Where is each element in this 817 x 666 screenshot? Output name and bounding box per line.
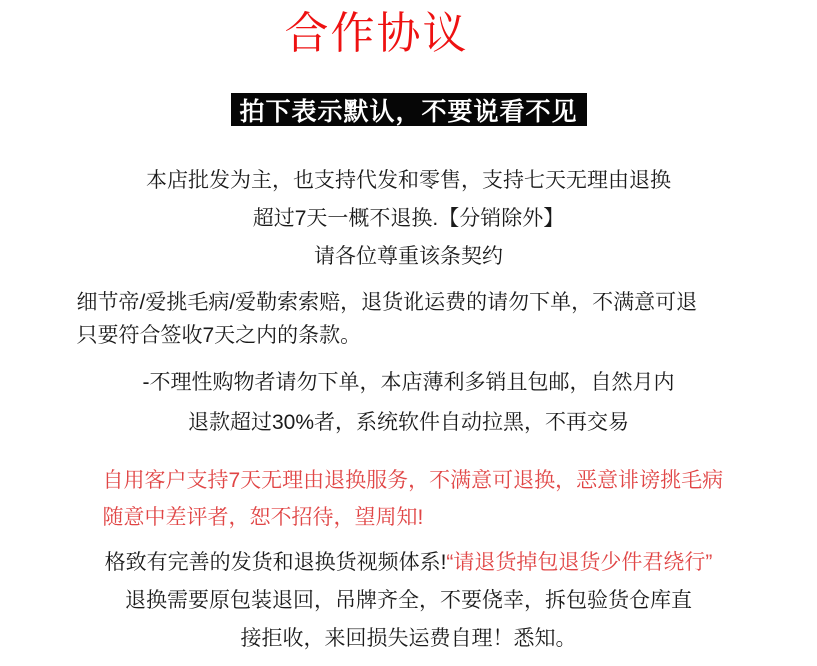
store-policy-line-2: 超过7天一概不退换.【分销除外】 [15,200,803,238]
return-requirements-line-1: 退换需要原包装退回，吊牌齐全，不要侥幸，拆包验货仓库直 [15,582,803,620]
notice-banner-text: 拍下表示默认，不要说看不见 [239,92,577,128]
agreement-page: 合作协议 拍下表示默认，不要说看不见 本店批发为主，也支持代发和零售，支持七天无… [15,0,803,658]
store-policy-paragraph: 本店批发为主，也支持代发和零售，支持七天无理由退换 超过7天一概不退换.【分销除… [15,162,803,276]
page-title: 合作协议 [15,10,803,58]
complaint-policy-paragraph: 细节帝/爱挑毛病/爱勒索索赔，退货讹运费的请勿下单，不满意可退 只要符合签收7天… [15,286,803,352]
shipping-system-black-text: 格致有完善的发货和退换货视频体系! [105,551,447,574]
store-policy-line-1: 本店批发为主，也支持代发和零售，支持七天无理由退换 [15,162,803,200]
notice-banner: 拍下表示默认，不要说看不见 [231,93,587,126]
complaint-policy-line-1: 细节帝/爱挑毛病/爱勒索索赔，退货讹运费的请勿下单，不满意可退 [77,286,803,319]
return-requirements-line-2: 接拒收，来回损失运费自理！悉知。 [15,620,803,658]
blacklist-policy-line-1: -不理性购物者请勿下单，本店薄利多销且包邮，自然月内 [15,363,803,403]
blacklist-policy-paragraph: -不理性购物者请勿下单，本店薄利多销且包邮，自然月内 退款超过30%者，系统软件… [15,363,803,443]
self-use-policy-line-2: 随意中差评者，恕不招待，望周知! [103,499,803,536]
return-requirements-paragraph: 退换需要原包装退回，吊牌齐全，不要侥幸，拆包验货仓库直 接拒收，来回损失运费自理… [15,582,803,658]
store-policy-line-3: 请各位尊重该条契约 [15,238,803,276]
shipping-system-paragraph: 格致有完善的发货和退换货视频体系!“请退货掉包退货少件君绕行” [15,550,803,576]
shipping-system-red-text: “请退货掉包退货少件君绕行” [446,551,712,574]
self-use-policy-line-1: 自用客户支持7天无理由退换服务，不满意可退换，恶意诽谤挑毛病 [103,462,803,499]
shipping-system-line: 格致有完善的发货和退换货视频体系!“请退货掉包退货少件君绕行” [15,550,803,576]
complaint-policy-line-2: 只要符合签收7天之内的条款。 [77,319,803,352]
blacklist-policy-line-2: 退款超过30%者，系统软件自动拉黑，不再交易 [15,403,803,443]
self-use-policy-paragraph: 自用客户支持7天无理由退换服务，不满意可退换，恶意诽谤挑毛病 随意中差评者，恕不… [15,462,803,536]
